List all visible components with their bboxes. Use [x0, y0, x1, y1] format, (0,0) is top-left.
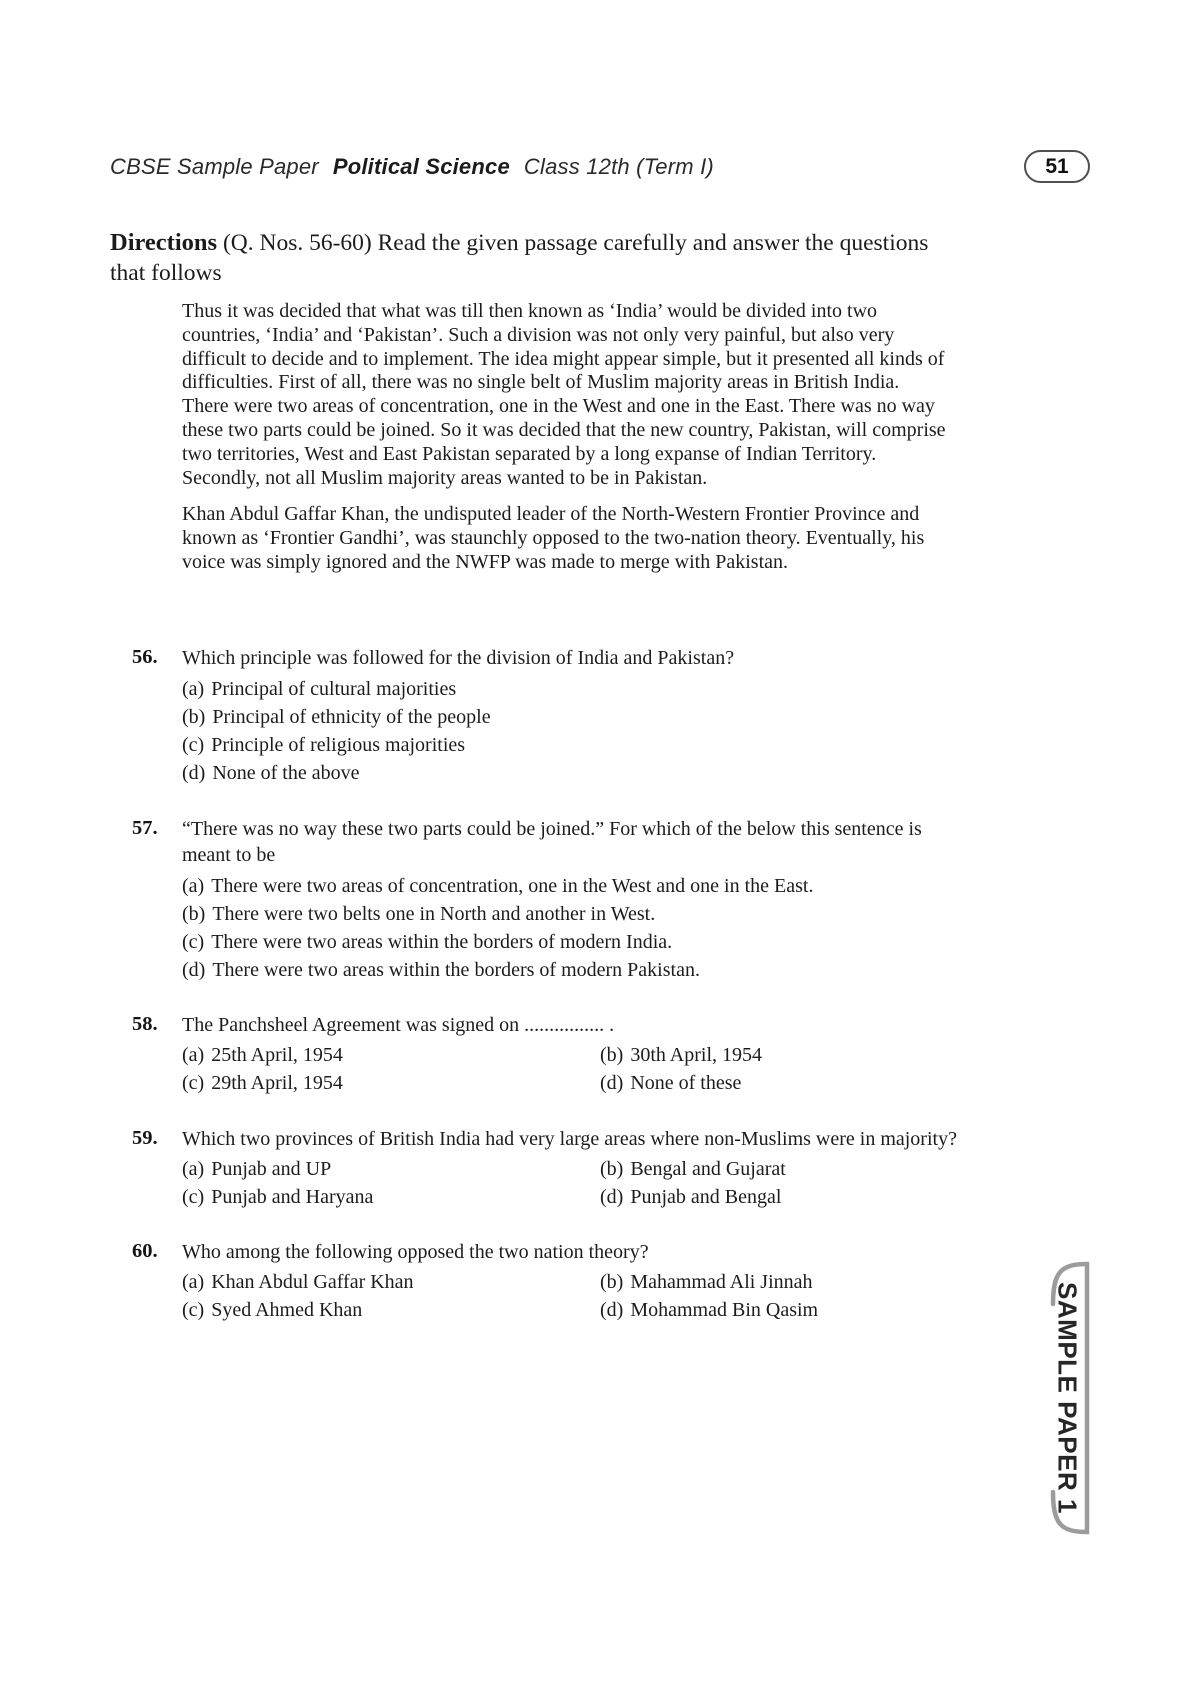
option-label: (b) [600, 1158, 623, 1180]
option-text: 25th April, 1954 [211, 1044, 343, 1066]
header-title: CBSE Sample PaperPolitical ScienceClass … [110, 154, 714, 180]
option-text: There were two areas within the borders … [211, 931, 672, 953]
option-text: Punjab and UP [211, 1158, 331, 1180]
page-number-badge: 51 [1024, 150, 1090, 183]
question-number: 57. [132, 816, 182, 841]
option-row: (b)There were two belts one in North and… [182, 901, 968, 928]
question-text: Who among the following opposed the two … [182, 1239, 968, 1265]
option-label: (a) [182, 1044, 204, 1066]
option-row: (a)25th April, 1954 [182, 1042, 600, 1069]
option-label: (c) [182, 1299, 204, 1321]
option-label: (c) [182, 931, 204, 953]
option-row: (c)Principle of religious majorities [182, 732, 968, 759]
option-row: (d)None of the above [182, 760, 968, 787]
option-label: (b) [600, 1044, 623, 1066]
option-row: (d)There were two areas within the borde… [182, 957, 968, 984]
option-text: 29th April, 1954 [211, 1072, 343, 1094]
options-list: (a)There were two areas of concentration… [182, 873, 968, 984]
sample-paper-page: CBSE Sample PaperPolitical ScienceClass … [0, 0, 1200, 1698]
option-label: (d) [600, 1186, 623, 1208]
directions-text: (Q. Nos. 56-60) Read the given passage c… [110, 230, 928, 286]
option-row: (c)Syed Ahmed Khan [182, 1297, 600, 1324]
option-label: (d) [182, 762, 205, 784]
sample-paper-side-tab: SAMPLE PAPER 1 [1049, 1260, 1093, 1536]
question-text: The Panchsheel Agreement was signed on .… [182, 1012, 968, 1038]
option-text: Bengal and Gujarat [630, 1158, 786, 1180]
page-header: CBSE Sample PaperPolitical ScienceClass … [110, 150, 1090, 183]
question-body: The Panchsheel Agreement was signed on .… [182, 1012, 968, 1097]
option-label: (d) [600, 1299, 623, 1321]
option-label: (b) [182, 706, 205, 728]
question-58: 58. The Panchsheel Agreement was signed … [132, 1012, 992, 1097]
question-number: 56. [132, 645, 182, 670]
directions: Directions (Q. Nos. 56-60) Read the give… [110, 228, 940, 288]
option-text: 30th April, 1954 [630, 1044, 762, 1066]
options-grid: (a)Khan Abdul Gaffar Khan (b)Mahammad Al… [182, 1269, 968, 1324]
question-57: 57. “There was no way these two parts co… [132, 816, 992, 984]
options-list: (a)Principal of cultural majorities (b)P… [182, 676, 968, 787]
passage-paragraph-1: Thus it was decided that what was till t… [182, 300, 950, 490]
question-body: Who among the following opposed the two … [182, 1239, 968, 1324]
option-text: Punjab and Bengal [630, 1186, 781, 1208]
options-grid: (a)Punjab and UP (b)Bengal and Gujarat (… [182, 1156, 968, 1211]
option-label: (a) [182, 875, 204, 897]
questions-list: 56. Which principle was followed for the… [132, 645, 992, 1324]
question-59: 59. Which two provinces of British India… [132, 1126, 992, 1211]
option-label: (c) [182, 1072, 204, 1094]
option-label: (c) [182, 1186, 204, 1208]
question-body: “There was no way these two parts could … [182, 816, 968, 984]
question-body: Which principle was followed for the div… [182, 645, 968, 787]
question-text: “There was no way these two parts could … [182, 816, 968, 868]
option-row: (a)Khan Abdul Gaffar Khan [182, 1269, 600, 1296]
option-row: (c)29th April, 1954 [182, 1070, 600, 1097]
options-grid: (a)25th April, 1954 (b)30th April, 1954 … [182, 1042, 968, 1097]
option-label: (a) [182, 1271, 204, 1293]
option-text: There were two areas within the borders … [212, 959, 700, 981]
header-series-label: CBSE Sample Paper [110, 154, 319, 179]
option-row: (c)There were two areas within the borde… [182, 929, 968, 956]
question-body: Which two provinces of British India had… [182, 1126, 968, 1211]
option-row: (a)There were two areas of concentration… [182, 873, 968, 900]
question-number: 59. [132, 1126, 182, 1151]
option-label: (b) [600, 1271, 623, 1293]
header-class-label: Class 12th (Term I) [524, 154, 714, 179]
option-row: (d)Punjab and Bengal [600, 1184, 968, 1211]
option-text: Principal of ethnicity of the people [212, 706, 490, 728]
option-row: (a)Principal of cultural majorities [182, 676, 968, 703]
header-subject-label: Political Science [333, 154, 510, 179]
passage-paragraph-2: Khan Abdul Gaffar Khan, the undisputed l… [182, 503, 950, 574]
question-text: Which two provinces of British India had… [182, 1126, 968, 1152]
option-text: Principle of religious majorities [211, 734, 465, 756]
option-text: Principal of cultural majorities [211, 678, 456, 700]
option-row: (d)Mohammad Bin Qasim [600, 1297, 968, 1324]
side-tab-label: SAMPLE PAPER 1 [1051, 1282, 1082, 1514]
option-row: (c)Punjab and Haryana [182, 1184, 600, 1211]
directions-label: Directions [110, 229, 217, 256]
question-60: 60. Who among the following opposed the … [132, 1239, 992, 1324]
option-text: Syed Ahmed Khan [211, 1299, 362, 1321]
question-number: 60. [132, 1239, 182, 1264]
passage: Thus it was decided that what was till t… [182, 300, 950, 575]
option-text: Mohammad Bin Qasim [630, 1299, 818, 1321]
question-number: 58. [132, 1012, 182, 1037]
option-label: (b) [182, 903, 205, 925]
option-label: (c) [182, 734, 204, 756]
option-row: (b)Principal of ethnicity of the people [182, 704, 968, 731]
option-row: (b)Bengal and Gujarat [600, 1156, 968, 1183]
option-text: Punjab and Haryana [211, 1186, 373, 1208]
option-label: (d) [182, 959, 205, 981]
option-text: There were two areas of concentration, o… [211, 875, 813, 897]
option-label: (a) [182, 1158, 204, 1180]
question-text: Which principle was followed for the div… [182, 645, 968, 671]
option-text: None of these [630, 1072, 741, 1094]
option-label: (a) [182, 678, 204, 700]
option-row: (b)30th April, 1954 [600, 1042, 968, 1069]
page-number: 51 [1045, 155, 1068, 179]
option-row: (b)Mahammad Ali Jinnah [600, 1269, 968, 1296]
option-text: There were two belts one in North and an… [212, 903, 655, 925]
question-56: 56. Which principle was followed for the… [132, 645, 992, 787]
option-text: None of the above [212, 762, 359, 784]
option-text: Khan Abdul Gaffar Khan [211, 1271, 413, 1293]
option-label: (d) [600, 1072, 623, 1094]
option-row: (d)None of these [600, 1070, 968, 1097]
option-row: (a)Punjab and UP [182, 1156, 600, 1183]
option-text: Mahammad Ali Jinnah [630, 1271, 812, 1293]
